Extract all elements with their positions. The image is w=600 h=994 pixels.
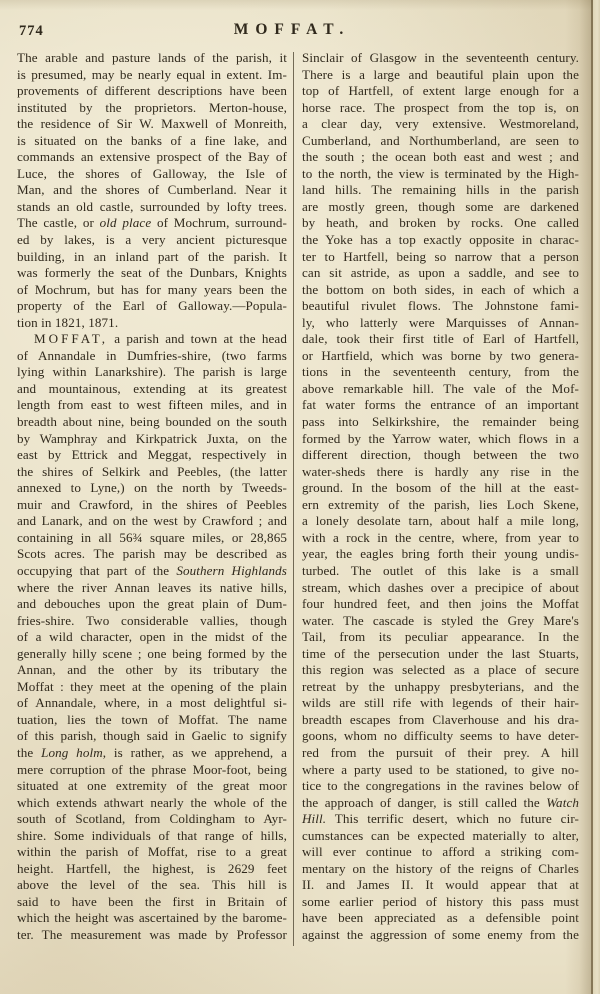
- text-line: where the river Annan leaves its native …: [17, 580, 287, 597]
- text-line: ground. In the bosom of the hill at the …: [302, 480, 579, 497]
- text-line: the shires of Selkirk and Peebles, (the …: [17, 464, 287, 481]
- text-line: muir and Crawford, in the shires of Peeb…: [17, 497, 287, 514]
- text-line: height. Hartfell, the highest, is 2629 f…: [17, 861, 287, 878]
- text-line: the approach of danger, is still called …: [302, 795, 579, 812]
- text-line: red from the pursuit of their prey. A hi…: [302, 745, 579, 762]
- text-line: breadth about nine, being bounded on the…: [17, 414, 287, 431]
- text-line: to the north, the view is terminated by …: [302, 166, 579, 183]
- text-line: ed by lakes, is a very ancient picturesq…: [17, 232, 287, 249]
- text-line: Luce, the shores of Galloway, the Isle o…: [17, 166, 287, 183]
- text-line: MOFFAT, a parish and town at the head: [17, 331, 287, 348]
- text-line: horse race. The prospect from the top is…: [302, 100, 579, 117]
- text-line: water. The cascade is styled the Grey Ma…: [302, 613, 579, 630]
- text-line: stream, which dashes over a precipice of…: [302, 580, 579, 597]
- text-line: turbed. The outlet of this lake is a sma…: [302, 563, 579, 580]
- text-line: and debouches upon the great plain of Du…: [17, 596, 287, 613]
- text-line: There is a large and beautiful plain upo…: [302, 67, 579, 84]
- text-line: are mostly green, though some are darken…: [302, 199, 579, 216]
- text-line: have been appreciated as a defensible po…: [302, 910, 579, 927]
- text-line: ern extremity of the parish, lies Loch S…: [302, 497, 579, 514]
- text-line: time of the persecution under the last S…: [302, 646, 579, 663]
- text-line: of a wild character, open in the midst o…: [17, 629, 287, 646]
- text-line: Scots acres. The parish may be described…: [17, 546, 287, 563]
- text-line: annexed to Lyne,) on the north by Tweeds…: [17, 480, 287, 497]
- text-line: year, the eagles bring forth their young…: [302, 546, 579, 563]
- text-line: and Lanark, and on the west by Crawford …: [17, 513, 287, 530]
- text-line: said to have been the first in Britain o…: [17, 894, 287, 911]
- text-line: above the level of the sea. This hill is: [17, 877, 287, 894]
- text-line: Sinclair of Glasgow in the seventeenth c…: [302, 50, 579, 67]
- text-line: containing in all 56¾ square miles, or 2…: [17, 530, 287, 547]
- text-line: ter to Hartfell, being so narrow that a …: [302, 249, 579, 266]
- text-line: with a rock in the centre, where, from y…: [302, 530, 579, 547]
- text-line: different direction, though between the …: [302, 447, 579, 464]
- text-line: is situated on the banks of a fine lake,…: [17, 133, 287, 150]
- text-line: goons, whom no difficulty seems to have …: [302, 728, 579, 745]
- text-line: pass into Selkirkshire, the remainder be…: [302, 414, 579, 431]
- text-line: Man, and the shores of Cumberland. Near …: [17, 182, 287, 199]
- text-line: instituted by the proprietors. Merton-ho…: [17, 100, 287, 117]
- text-line: tion in 1821, 1871.: [17, 315, 287, 332]
- text-line: a clear day, very extensive. Westmorelan…: [302, 116, 579, 133]
- text-line: tuation, lies the town of Moffat. The na…: [17, 712, 287, 729]
- text-line: commands an extensive prospect of the Ba…: [17, 149, 287, 166]
- page-edge-shadow: [565, 0, 591, 994]
- text-line: this region was selected as a place of s…: [302, 662, 579, 679]
- text-line: Hill. This terrific desert, which no fut…: [302, 811, 579, 828]
- text-line: four hundred feet, and then joins the Mo…: [302, 596, 579, 613]
- text-line: lying within Lanarkshire). The parish is…: [17, 364, 287, 381]
- text-line: length from east to west fifteen miles, …: [17, 397, 287, 414]
- text-line: fries-shire. Two considerable vallies, t…: [17, 613, 287, 630]
- text-line: The castle, or old place of Mochrum, sur…: [17, 215, 287, 232]
- text-line: The arable and pasture lands of the pari…: [17, 50, 287, 67]
- text-line: was formerly the seat of the Dunbars, Kn…: [17, 265, 287, 282]
- text-line: against the aggression of some enemy fro…: [302, 927, 579, 944]
- text-line: by Wamphray and Kirkpatrick Juxta, on th…: [17, 431, 287, 448]
- text-line: fat water forms the entrance of an impor…: [302, 397, 579, 414]
- text-line: above remarkable hill. The vale of the M…: [302, 381, 579, 398]
- text-line: the Yoke has a top exactly opposite in c…: [302, 232, 579, 249]
- text-line: and mountainous, extending at its greate…: [17, 381, 287, 398]
- text-line: property of the Earl of Galloway.—Popula…: [17, 298, 287, 315]
- text-line: provements of different descriptions hav…: [17, 83, 287, 100]
- text-line: the bottom on both sides, in each of whi…: [302, 282, 579, 299]
- text-line: is presumed, may be nearly equal in exte…: [17, 67, 287, 84]
- text-line: can sit astride, as upon a saddle, and s…: [302, 265, 579, 282]
- text-line: by heath, and broken by rocks. One calle…: [302, 215, 579, 232]
- text-line: ly, who latterly were Marquisses of Anna…: [302, 315, 579, 332]
- text-line: stands an old castle, surrounded by loft…: [17, 199, 287, 216]
- text-line: formed by the Yarrow water, which flows …: [302, 431, 579, 448]
- text-line: some earlier period of history this pass…: [302, 894, 579, 911]
- text-line: will ever continue to afford a striking …: [302, 844, 579, 861]
- text-line: tions in the seventeenth century, from t…: [302, 364, 579, 381]
- left-column: The arable and pasture lands of the pari…: [17, 50, 287, 944]
- text-line: a lonely desolate tarn, about half a mil…: [302, 513, 579, 530]
- text-line: Cumberland, and Northumberland, are seen…: [302, 133, 579, 150]
- next-page-edge: [593, 0, 600, 994]
- running-title: MOFFAT.: [0, 21, 584, 39]
- text-line: wilds are still rife with legends of the…: [302, 695, 579, 712]
- text-line: of Annandale in Dumfries-shire, (two far…: [17, 348, 287, 365]
- text-line: which extends athwart nearly the whole o…: [17, 795, 287, 812]
- text-line: mere corruption of the phrase Moor-foot,…: [17, 762, 287, 779]
- text-line: cumstances can be expected materially to…: [302, 828, 579, 845]
- text-line: land hills. The remaining hills in the p…: [302, 182, 579, 199]
- text-line: beautiful rivulet flows. The Johnstone f…: [302, 298, 579, 315]
- text-line: the Long holm, is rather, as we apprehen…: [17, 745, 287, 762]
- text-line: retreat by the unhappy presbyterians, an…: [302, 679, 579, 696]
- text-line: mentary on the history of the reigns of …: [302, 861, 579, 878]
- text-line: of Mochrum, but has for many years been …: [17, 282, 287, 299]
- text-line: generally hilly scene ; one being formed…: [17, 646, 287, 663]
- text-line: dale, took their first title of Earl of …: [302, 331, 579, 348]
- text-line: Annan, and the other by its tributary th…: [17, 662, 287, 679]
- book-page: 774 MOFFAT. The arable and pasture lands…: [0, 0, 600, 994]
- text-line: Moffat : they meet at the opening of the…: [17, 679, 287, 696]
- text-line: the residence of Sir W. Maxwell of Monre…: [17, 116, 287, 133]
- text-line: tice to the congregations in the ravines…: [302, 778, 579, 795]
- text-line: which the height was ascertained by the …: [17, 910, 287, 927]
- text-line: the south ; the ocean both east and west…: [302, 149, 579, 166]
- text-line: of Annandale, where, in a most delightfu…: [17, 695, 287, 712]
- page-top-shadow: [0, 0, 600, 10]
- text-line: shire. Some individuals of that range of…: [17, 828, 287, 845]
- text-line: occupying that part of the Southern High…: [17, 563, 287, 580]
- right-column: Sinclair of Glasgow in the seventeenth c…: [302, 50, 579, 944]
- page-header: 774 MOFFAT.: [0, 21, 600, 41]
- text-line: water-sheds there is hardly any rise in …: [302, 464, 579, 481]
- text-line: south of Scotland, from Coldingham to Ay…: [17, 811, 287, 828]
- text-line: breadth escapes from Claverhouse and his…: [302, 712, 579, 729]
- text-line: top of Hartfell, of extent large enough …: [302, 83, 579, 100]
- text-line: building, in an inland part of the paris…: [17, 249, 287, 266]
- text-line: II. and James II. It would appear that a…: [302, 877, 579, 894]
- text-line: situated at one extremity of the great m…: [17, 778, 287, 795]
- text-line: ter. The measurement was made by Profess…: [17, 927, 287, 944]
- text-line: within the parish of Moffat, rise to a g…: [17, 844, 287, 861]
- column-divider: [293, 52, 294, 946]
- text-line: where a party used to be stationed, to g…: [302, 762, 579, 779]
- text-line: or Hartfield, which was borne by two gen…: [302, 348, 579, 365]
- text-line: east by Ettrick and Meggat, respectively…: [17, 447, 287, 464]
- text-line: of this parish, though said in Gaelic to…: [17, 728, 287, 745]
- text-line: Tail, from its peculiar appearance. In t…: [302, 629, 579, 646]
